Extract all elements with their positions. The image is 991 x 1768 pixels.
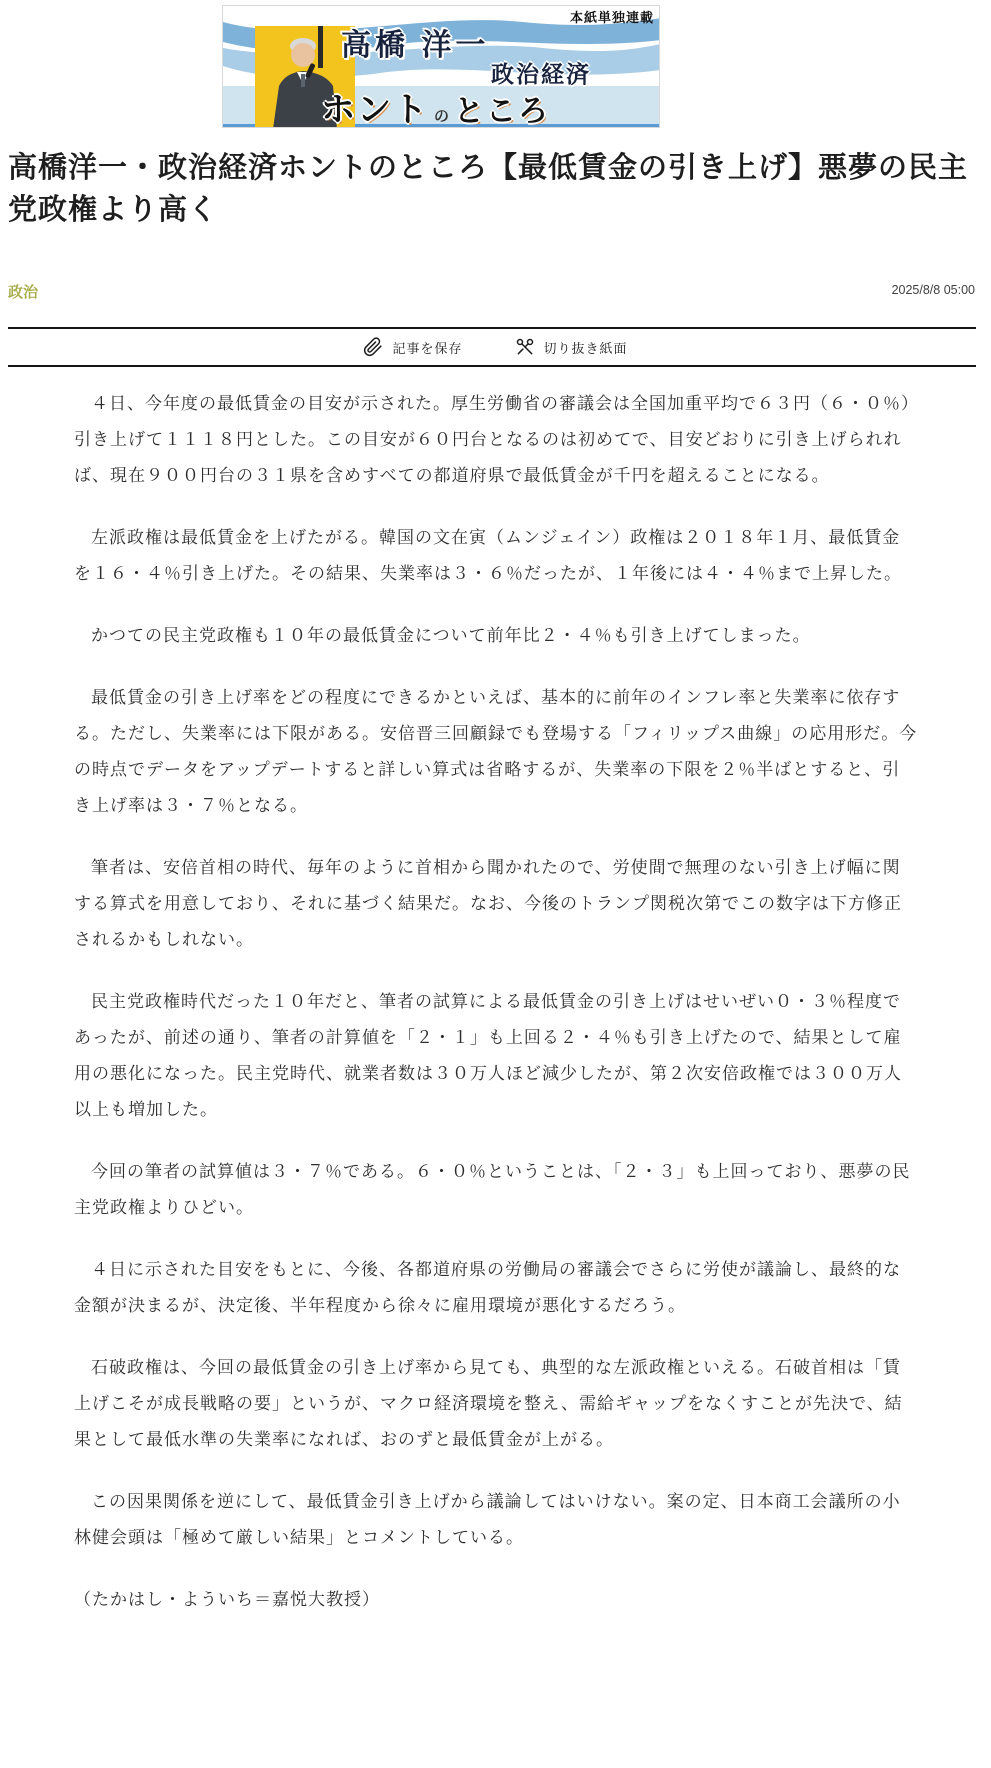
banner-series-title-sub: ところ bbox=[454, 86, 550, 128]
clip-page-label: 切り抜き紙面 bbox=[544, 338, 628, 357]
article-page: 本紙単独連載 高橋 洋一 政治経済 ホント の ところ 高橋洋一・政治経済ホント… bbox=[0, 0, 991, 1768]
article-paragraph: 民主党政権時代だった１０年だと、筆者の試算による最低賃金の引き上げはせいぜい０・… bbox=[74, 984, 918, 1128]
article-paragraph: 石破政権は、今回の最低賃金の引き上げ率から見ても、典型的な左派政権といえる。石破… bbox=[74, 1350, 918, 1458]
divider-top bbox=[8, 327, 976, 329]
paperclip-icon bbox=[363, 337, 383, 357]
banner-series-title: ホント の ところ bbox=[321, 82, 550, 128]
scissors-icon bbox=[515, 337, 535, 357]
save-article-label: 記事を保存 bbox=[392, 338, 462, 357]
article-paragraph: かつての民主党政権も１０年の最低賃金について前年比２・４％も引き上げてしまった。 bbox=[74, 618, 918, 654]
article-paragraph: 筆者は、安倍首相の時代、毎年のように首相から聞かれたので、労使間で無理のない引き… bbox=[74, 850, 918, 958]
author-signature: （たかはし・よういち＝嘉悦大教授） bbox=[74, 1582, 918, 1618]
divider-bottom bbox=[8, 365, 976, 367]
save-article-button[interactable]: 記事を保存 bbox=[363, 337, 462, 357]
publish-date: 2025/8/8 05:00 bbox=[892, 283, 975, 297]
banner-series-title-main: ホント bbox=[321, 82, 429, 128]
clip-page-button[interactable]: 切り抜き紙面 bbox=[515, 337, 628, 357]
series-banner[interactable]: 本紙単独連載 高橋 洋一 政治経済 ホント の ところ bbox=[222, 5, 660, 128]
banner-serial-label: 本紙単独連載 bbox=[570, 7, 654, 26]
article-paragraph: 最低賃金の引き上げ率をどの程度にできるかといえば、基本的に前年のインフレ率と失業… bbox=[74, 680, 918, 824]
category-link[interactable]: 政治 bbox=[8, 281, 38, 302]
article-toolbar: 記事を保存 切り抜き紙面 bbox=[0, 330, 991, 364]
banner-series-title-particle: の bbox=[434, 105, 449, 126]
banner-author-name: 高橋 洋一 bbox=[341, 20, 489, 64]
article-paragraph: ４日、今年度の最低賃金の目安が示された。厚生労働省の審議会は全国加重平均で６３円… bbox=[74, 386, 918, 494]
article-paragraph: 今回の筆者の試算値は３・７％である。６・０％ということは、「２・３」も上回ってお… bbox=[74, 1154, 918, 1226]
article-body: ４日、今年度の最低賃金の目安が示された。厚生労働省の審議会は全国加重平均で６３円… bbox=[74, 386, 918, 1618]
article-paragraph: 左派政権は最低賃金を上げたがる。韓国の文在寅（ムンジェイン）政権は２０１８年１月… bbox=[74, 520, 918, 592]
article-paragraph: この因果関係を逆にして、最低賃金引き上げから議論してはいけない。案の定、日本商工… bbox=[74, 1484, 918, 1556]
article-paragraph: ４日に示された目安をもとに、今後、各都道府県の労働局の審議会でさらに労使が議論し… bbox=[74, 1252, 918, 1324]
article-title: 高橋洋一・政治経済ホントのところ【最低賃金の引き上げ】悪夢の民主党政権より高く bbox=[8, 147, 976, 231]
